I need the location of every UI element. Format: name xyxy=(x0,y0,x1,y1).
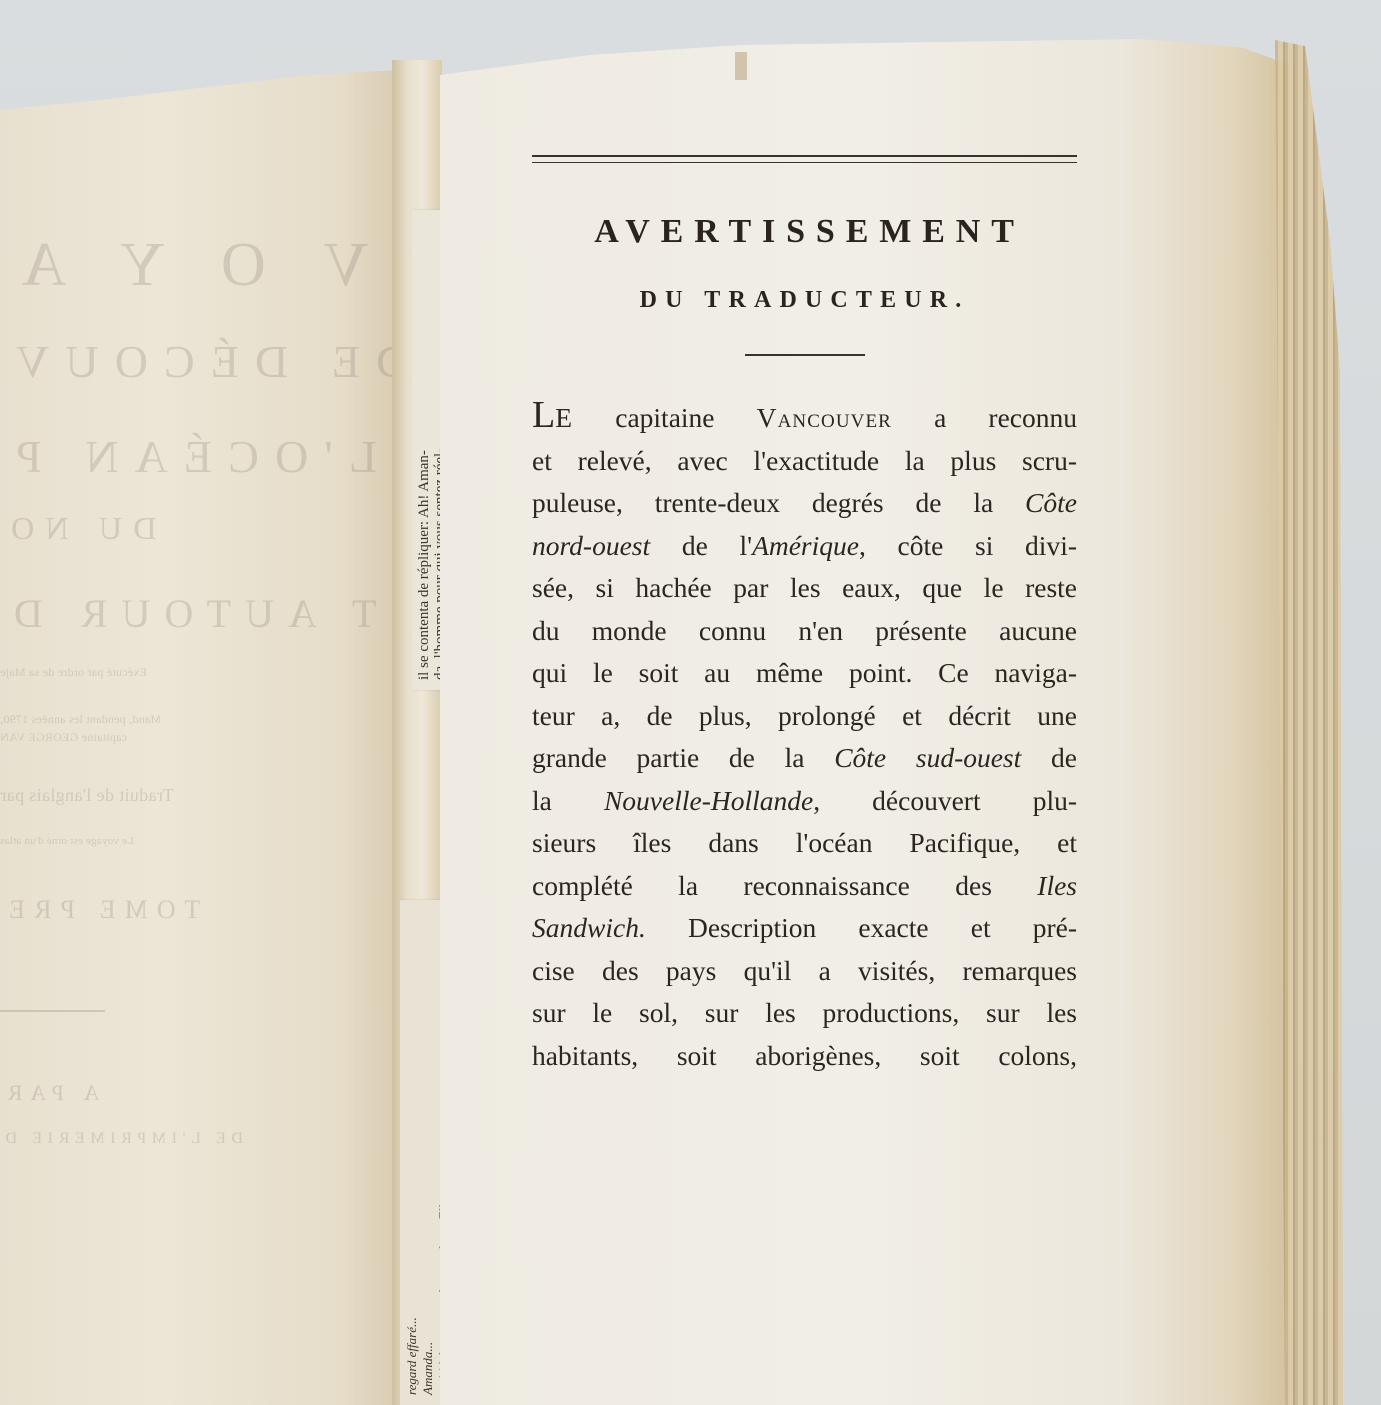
show-through-rule xyxy=(0,1010,105,1012)
show-through-line: V O Y A xyxy=(0,230,368,301)
text-line: grande partie de la Côte sud-ouest de xyxy=(532,737,1077,780)
text-line: teur a, de plus, prolongé et décrit une xyxy=(532,695,1077,738)
double-rule-divider xyxy=(532,155,1077,163)
body-paragraph: LE capitaine Vancouver a reconnu et rele… xyxy=(532,394,1077,1077)
show-through-line: Traduit de l'anglais par xyxy=(0,785,174,806)
text-line: sée, si hachée par les eaux, que le rest… xyxy=(532,567,1077,610)
slip-line: Amanda... xyxy=(420,910,436,1395)
page-content: AVERTISSEMENT DU TRADUCTEUR. LE capitain… xyxy=(532,155,1077,1077)
show-through-line: DE DÉCOUV xyxy=(0,335,409,388)
show-through-line: ET AUTOUR D xyxy=(0,590,415,637)
show-through-line: A PAR xyxy=(0,1080,99,1106)
page-title: AVERTISSEMENT xyxy=(532,213,1077,251)
text-line: puleuse, trente-deux degrés de la Côte xyxy=(532,482,1077,525)
show-through-line: DE L'IMPRIMERIE D xyxy=(0,1130,243,1148)
short-rule-divider xyxy=(745,354,865,356)
name-vancouver: Vancouver xyxy=(757,402,892,433)
text-line: la Nouvelle-Hollande, découvert plu- xyxy=(532,780,1077,823)
text-line: cise des pays qu'il a visités, remarques xyxy=(532,950,1077,993)
text-line: LE capitaine Vancouver a reconnu xyxy=(532,394,1077,440)
text-line: complété la reconnaissance des Iles xyxy=(532,865,1077,908)
text-line: nord-ouest de l'Amérique, côte si divi- xyxy=(532,525,1077,568)
text-line: du monde connu n'en présente aucune xyxy=(532,610,1077,653)
show-through-line: capitaine GEORGE VAN xyxy=(0,730,127,745)
show-through-line: Le voyage est orné d'un atlas xyxy=(0,835,134,847)
text-line: sur le sol, sur les productions, sur les xyxy=(532,992,1077,1035)
show-through-line: Exécuté par ordre de sa Maje xyxy=(0,665,147,680)
tape-mark xyxy=(735,52,747,80)
page-subtitle: DU TRADUCTEUR. xyxy=(532,287,1077,314)
show-through-line: DU NO xyxy=(0,510,156,547)
slip-line: il se contenta de répliquer: Ah! Aman- xyxy=(416,220,432,680)
show-through-line: TOME PRE xyxy=(0,895,200,925)
text-line: Sandwich. Description exacte et pré- xyxy=(532,907,1077,950)
text-line: habitants, soit aborigènes, soit colons, xyxy=(532,1035,1077,1078)
text-line: et relevé, avec l'exactitude la plus scr… xyxy=(532,440,1077,483)
show-through-line: Mand, pendant les années 1790, xyxy=(0,712,161,727)
text-line: sieurs îles dans l'océan Pacifique, et xyxy=(532,822,1077,865)
text-line: qui le soit au même point. Ce naviga- xyxy=(532,652,1077,695)
show-through-line: A L'OCÉAN P xyxy=(0,430,451,483)
drop-cap: L xyxy=(532,394,555,436)
slip-line: regard effaré... xyxy=(404,910,420,1395)
